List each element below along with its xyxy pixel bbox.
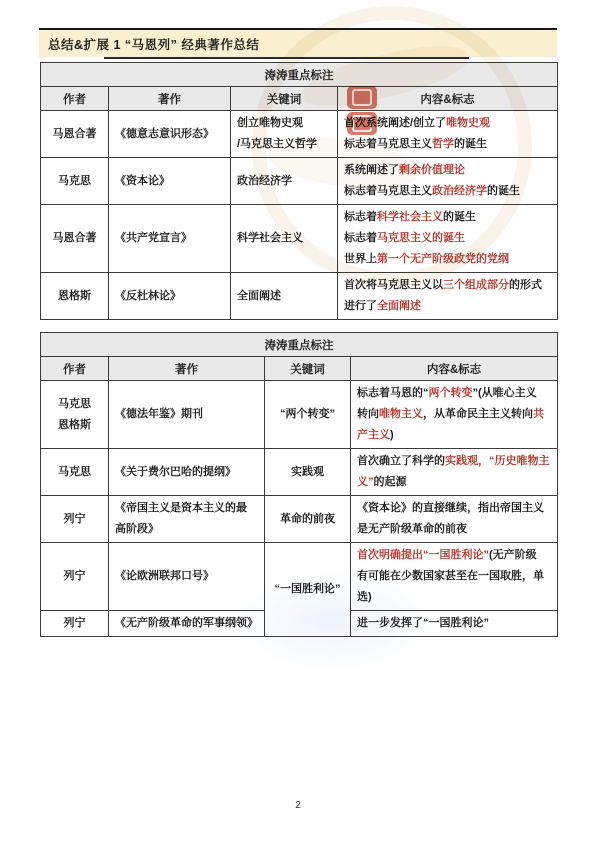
text-line: 是无产阶级革命的前夜 <box>357 519 551 540</box>
text-segment: 三个组成部分 <box>443 279 509 291</box>
text-segment: 世界上 <box>344 253 377 265</box>
keyword-cell: 政治经济学 <box>231 158 338 205</box>
text-segment: 共 <box>533 408 544 420</box>
text-segment: 义” <box>357 476 374 488</box>
text-line: 有可能在少数国家甚至在一国取胜，单 <box>357 566 551 587</box>
text-line: 《关于费尔巴哈的提纲》 <box>115 462 258 483</box>
classic-works-table-1: 涛涛重点标注作者著作关键词内容&标志马恩合著《德意志意识形态》创立唯物史观/马克… <box>40 62 558 320</box>
work-cell: 《德意志意识形态》 <box>109 111 231 158</box>
text-line: 《德法年鉴》期刊 <box>115 404 258 425</box>
text-line: 首次确立了科学的实践观，“历史唯物主 <box>357 451 551 472</box>
text-segment: 产主义 <box>357 429 390 441</box>
text-segment: 的诞生 <box>454 138 487 150</box>
text-line: 全面阐述 <box>237 286 331 307</box>
table-row: 马克思《关于费尔巴哈的提纲》实践观首次确立了科学的实践观，“历史唯物主义”的起源 <box>41 449 558 496</box>
table-banner: 涛涛重点标注 <box>41 333 558 357</box>
work-cell: 《论欧洲联邦口号》 <box>109 543 265 611</box>
text-segment: 哲学 <box>432 138 454 150</box>
keyword-cell: “两个转变” <box>265 381 351 449</box>
table-row: 马恩合著《德意志意识形态》创立唯物史观/马克思主义哲学首次系统阐述/创立了唯物史… <box>41 111 558 158</box>
text-line: 马克思 <box>47 462 102 483</box>
content-cell: 首次系统阐述/创立了唯物史观标志着马克思主义哲学的诞生 <box>338 111 558 158</box>
author-cell: 马克思恩格斯 <box>41 381 109 449</box>
text-segment: 进行了 <box>344 300 377 312</box>
document-page: 总结&扩展 1 “马恩列” 经典著作总结 涛涛重点标注作者著作关键词内容&标志马… <box>0 0 596 842</box>
author-cell: 列宁 <box>41 543 109 611</box>
text-segment: 标志着 <box>344 232 377 244</box>
text-line: 《资本论》的直接继续，指出帝国主义 <box>357 498 551 519</box>
text-segment: 标志着马克思主义 <box>344 185 432 197</box>
text-line: 义”的起源 <box>357 472 551 493</box>
work-cell: 《关于费尔巴哈的提纲》 <box>109 449 265 496</box>
text-segment: 唯物主义 <box>379 408 423 420</box>
table-row: 马克思恩格斯《德法年鉴》期刊“两个转变”标志着马恩的“两个转变”(从唯心主义转向… <box>41 381 558 449</box>
table-row: 恩格斯《反杜林论》全面阐述首次将马克思主义以三个组成部分的形式进行了全面阐述 <box>41 273 558 320</box>
column-header: 作者 <box>41 357 109 381</box>
text-line: 标志着马克思主义哲学的诞生 <box>344 134 551 155</box>
text-segment: 首次确立了科学的 <box>357 455 445 467</box>
text-line: 《共产党宣言》 <box>115 228 224 249</box>
text-line: 恩格斯 <box>47 286 102 307</box>
column-header: 关键词 <box>231 87 338 111</box>
table-row: 马恩合著《共产党宣言》科学社会主义标志着科学社会主义的诞生标志着马克思主义的诞生… <box>41 205 558 273</box>
author-cell: 马恩合著 <box>41 111 109 158</box>
text-segment: 标志着马克思主义 <box>344 138 432 150</box>
text-segment: 的形式 <box>509 279 542 291</box>
section-title-bar: 总结&扩展 1 “马恩列” 经典著作总结 <box>39 28 557 57</box>
text-segment: 实践观，“历史唯物主 <box>445 455 550 467</box>
text-segment: 首次将马克思主义以 <box>344 279 443 291</box>
text-line: 革命的前夜 <box>271 509 344 530</box>
text-segment: ”(从唯心主义 <box>473 387 537 399</box>
text-line: 标志着马克思主义政治经济学的诞生 <box>344 181 551 202</box>
column-header: 内容&标志 <box>338 87 558 111</box>
keyword-cell: 革命的前夜 <box>265 496 351 543</box>
table-row: 列宁《论欧洲联邦口号》“一国胜利论”首次明确提出“一国胜利论”(无产阶级有可能在… <box>41 543 558 611</box>
text-line: 标志着马恩的“两个转变”(从唯心主义 <box>357 383 551 404</box>
text-segment: 马克思主义的诞生 <box>377 232 465 244</box>
author-cell: 马克思 <box>41 158 109 205</box>
table-banner: 涛涛重点标注 <box>41 63 558 87</box>
work-cell: 《德法年鉴》期刊 <box>109 381 265 449</box>
text-line: “两个转变” <box>271 404 344 425</box>
text-line: 高阶段》 <box>115 519 258 540</box>
text-line: 《论欧洲联邦口号》 <box>115 566 258 587</box>
text-line: 创立唯物史观 <box>237 113 331 134</box>
author-cell: 恩格斯 <box>41 273 109 320</box>
text-line: 政治经济学 <box>237 171 331 192</box>
page-number: 2 <box>0 800 596 811</box>
text-segment: 唯物史观 <box>446 117 490 129</box>
column-header: 著作 <box>109 87 231 111</box>
author-cell: 马恩合著 <box>41 205 109 273</box>
text-line: 马克思 <box>47 394 102 415</box>
text-segment: 两个转变 <box>429 387 473 399</box>
keyword-cell: “一国胜利论” <box>265 543 351 637</box>
text-segment: 的起源 <box>374 476 407 488</box>
text-segment: 的诞生 <box>487 185 520 197</box>
table-row: 列宁《帝国主义是资本主义的最高阶段》革命的前夜《资本论》的直接继续，指出帝国主义… <box>41 496 558 543</box>
text-line: 首次明确提出“一国胜利论”(无产阶级 <box>357 545 551 566</box>
text-segment: 标志着 <box>344 211 377 223</box>
text-segment: 首次系统阐述/创立了 <box>344 117 446 129</box>
text-segment: 进一步发挥了“一国胜利论” <box>357 617 489 629</box>
content-cell: 首次确立了科学的实践观，“历史唯物主义”的起源 <box>351 449 558 496</box>
text-line: 首次将马克思主义以三个组成部分的形式 <box>344 275 551 296</box>
keyword-cell: 创立唯物史观/马克思主义哲学 <box>231 111 338 158</box>
text-line: 《反杜林论》 <box>115 286 224 307</box>
text-line: 系统阐述了剩余价值理论 <box>344 160 551 181</box>
content-cell: 标志着马恩的“两个转变”(从唯心主义转向唯物主义，从革命民主主义转向共产主义) <box>351 381 558 449</box>
text-line: 产主义) <box>357 425 551 446</box>
text-segment: 科学社会主义 <box>377 211 443 223</box>
text-line: /马克思主义哲学 <box>237 134 331 155</box>
content-cell: 标志着科学社会主义的诞生标志着马克思主义的诞生世界上第一个无产阶级政党的党纲 <box>338 205 558 273</box>
content-cell: 进一步发挥了“一国胜利论” <box>351 611 558 637</box>
column-header: 内容&标志 <box>351 357 558 381</box>
text-line: 《无产阶级革命的军事纲领》 <box>115 613 258 634</box>
author-cell: 马克思 <box>41 449 109 496</box>
content-cell: 系统阐述了剩余价值理论标志着马克思主义政治经济学的诞生 <box>338 158 558 205</box>
text-line: 恩格斯 <box>47 415 102 436</box>
text-line: 《德意志意识形态》 <box>115 124 224 145</box>
text-line: 马恩合著 <box>47 124 102 145</box>
text-segment: 剩余价值理论 <box>399 164 465 176</box>
text-line: 马恩合著 <box>47 228 102 249</box>
text-line: 马克思 <box>47 171 102 192</box>
text-line: 标志着科学社会主义的诞生 <box>344 207 551 228</box>
text-segment: 有可能在少数国家甚至在一国取胜，单 <box>357 570 544 582</box>
title-underline <box>104 57 469 59</box>
text-line: 转向唯物主义，从革命民主主义转向共 <box>357 404 551 425</box>
text-line: “一国胜利论” <box>271 579 344 600</box>
text-segment: 选) <box>357 591 372 603</box>
work-cell: 《帝国主义是资本主义的最高阶段》 <box>109 496 265 543</box>
text-segment: 的诞生 <box>443 211 476 223</box>
text-line: 进行了全面阐述 <box>344 296 551 317</box>
table-row: 马克思《资本论》政治经济学系统阐述了剩余价值理论标志着马克思主义政治经济学的诞生 <box>41 158 558 205</box>
work-cell: 《反杜林论》 <box>109 273 231 320</box>
text-line: 首次系统阐述/创立了唯物史观 <box>344 113 551 134</box>
text-line: 实践观 <box>271 462 344 483</box>
text-segment: (无产阶级 <box>489 549 537 561</box>
author-cell: 列宁 <box>41 611 109 637</box>
work-cell: 《资本论》 <box>109 158 231 205</box>
content-cell: 《资本论》的直接继续，指出帝国主义是无产阶级革命的前夜 <box>351 496 558 543</box>
column-header: 关键词 <box>265 357 351 381</box>
text-segment: 系统阐述了 <box>344 164 399 176</box>
text-line: 选) <box>357 587 551 608</box>
text-line: 列宁 <box>47 613 102 634</box>
text-line: 列宁 <box>47 509 102 530</box>
text-segment: 第一个无产阶级政党的党纲 <box>377 253 509 265</box>
text-segment: 首次明确提出“一国胜利论” <box>357 549 489 561</box>
text-segment: 是无产阶级革命的前夜 <box>357 523 467 535</box>
text-segment: ，从革命民主主义转向 <box>423 408 533 420</box>
text-line: 《帝国主义是资本主义的最 <box>115 498 258 519</box>
work-cell: 《无产阶级革命的军事纲领》 <box>109 611 265 637</box>
text-segment: 政治经济学 <box>432 185 487 197</box>
text-line: 标志着马克思主义的诞生 <box>344 228 551 249</box>
content-cell: 首次将马克思主义以三个组成部分的形式进行了全面阐述 <box>338 273 558 320</box>
column-header: 作者 <box>41 87 109 111</box>
text-line: 世界上第一个无产阶级政党的党纲 <box>344 249 551 270</box>
text-segment: ) <box>390 429 394 441</box>
section-title: 总结&扩展 1 “马恩列” 经典著作总结 <box>48 35 259 53</box>
work-cell: 《共产党宣言》 <box>109 205 231 273</box>
keyword-cell: 全面阐述 <box>231 273 338 320</box>
text-line: 科学社会主义 <box>237 228 331 249</box>
classic-works-table-2: 涛涛重点标注作者著作关键词内容&标志马克思恩格斯《德法年鉴》期刊“两个转变”标志… <box>40 332 558 637</box>
column-header: 著作 <box>109 357 265 381</box>
text-line: 进一步发挥了“一国胜利论” <box>357 613 551 634</box>
text-line: 列宁 <box>47 566 102 587</box>
keyword-cell: 科学社会主义 <box>231 205 338 273</box>
text-segment: 全面阐述 <box>377 300 421 312</box>
text-segment: 标志着马恩的“ <box>357 387 429 399</box>
content-cell: 首次明确提出“一国胜利论”(无产阶级有可能在少数国家甚至在一国取胜，单选) <box>351 543 558 611</box>
keyword-cell: 实践观 <box>265 449 351 496</box>
author-cell: 列宁 <box>41 496 109 543</box>
text-line: 《资本论》 <box>115 171 224 192</box>
text-segment: 《资本论》的直接继续，指出帝国主义 <box>357 502 544 514</box>
text-segment: 转向 <box>357 408 379 420</box>
